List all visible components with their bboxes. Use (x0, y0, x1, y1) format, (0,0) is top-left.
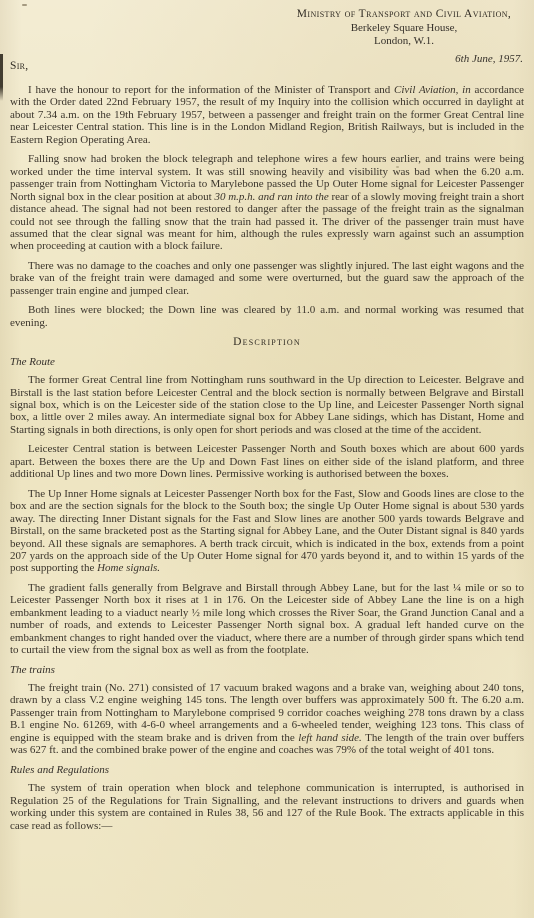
text-run: Both lines were blocked; the Down line w… (10, 304, 524, 328)
text-run: The gradient falls generally from Belgra… (10, 582, 524, 656)
scan-edge-artifact (0, 54, 3, 101)
paragraph: There was no damage to the coaches and o… (10, 260, 524, 297)
paragraph: The former Great Central line from Notti… (10, 374, 524, 436)
paragraph: The Up Inner Home signals at Leicester P… (10, 488, 524, 575)
paragraph: The system of train operation when block… (10, 782, 524, 832)
text-run: Leicester Central station is between Lei… (10, 443, 524, 480)
document-page: Ministry of Transport and Civil Aviation… (0, 0, 534, 918)
letterhead-department: Ministry of Transport and Civil Aviation… (280, 8, 528, 22)
subheading: Rules and Regulations (10, 764, 524, 776)
text-run: The trains (10, 664, 55, 676)
text-run: The former Great Central line from Notti… (10, 374, 524, 436)
paragraph: Both lines were blocked; the Down line w… (10, 304, 524, 329)
subheading: The trains (10, 664, 524, 676)
text-run: There was no damage to the coaches and o… (10, 260, 524, 297)
salutation: Sir, (10, 60, 28, 72)
text-run: Description (233, 336, 301, 348)
text-run: The system of train operation when block… (10, 782, 524, 831)
paragraph: The gradient falls generally from Belgra… (10, 582, 524, 657)
italic-text-run: 30 m.p.h. and ran into the (214, 191, 328, 203)
subheading: The Route (10, 356, 524, 368)
letter-date: 6th June, 1957. (455, 53, 523, 65)
section-heading: Description (10, 336, 524, 348)
text-run: The Route (10, 356, 55, 368)
paragraph: Leicester Central station is between Lei… (10, 443, 524, 480)
letterhead-address-1: Berkeley Square House, (280, 22, 528, 36)
scan-speck (22, 4, 27, 6)
letterhead: Ministry of Transport and Civil Aviation… (280, 8, 528, 49)
letterhead-address-2: London, W.1. (280, 35, 528, 49)
text-run: I have the honour to report for the info… (28, 84, 394, 96)
italic-text-run: Civil Aviation, in (394, 84, 471, 96)
document-body: I have the honour to report for the info… (10, 84, 524, 839)
paragraph: The freight train (No. 271) consisted of… (10, 682, 524, 757)
text-run: Rules and Regulations (10, 764, 109, 776)
paragraph: I have the honour to report for the info… (10, 84, 524, 146)
paragraph: Falling snow had broken the block telegr… (10, 153, 524, 253)
text-run: The Up Inner Home signals at Leicester P… (10, 488, 524, 575)
italic-text-run: Home signals. (97, 562, 160, 574)
italic-text-run: left hand side. (298, 732, 362, 744)
